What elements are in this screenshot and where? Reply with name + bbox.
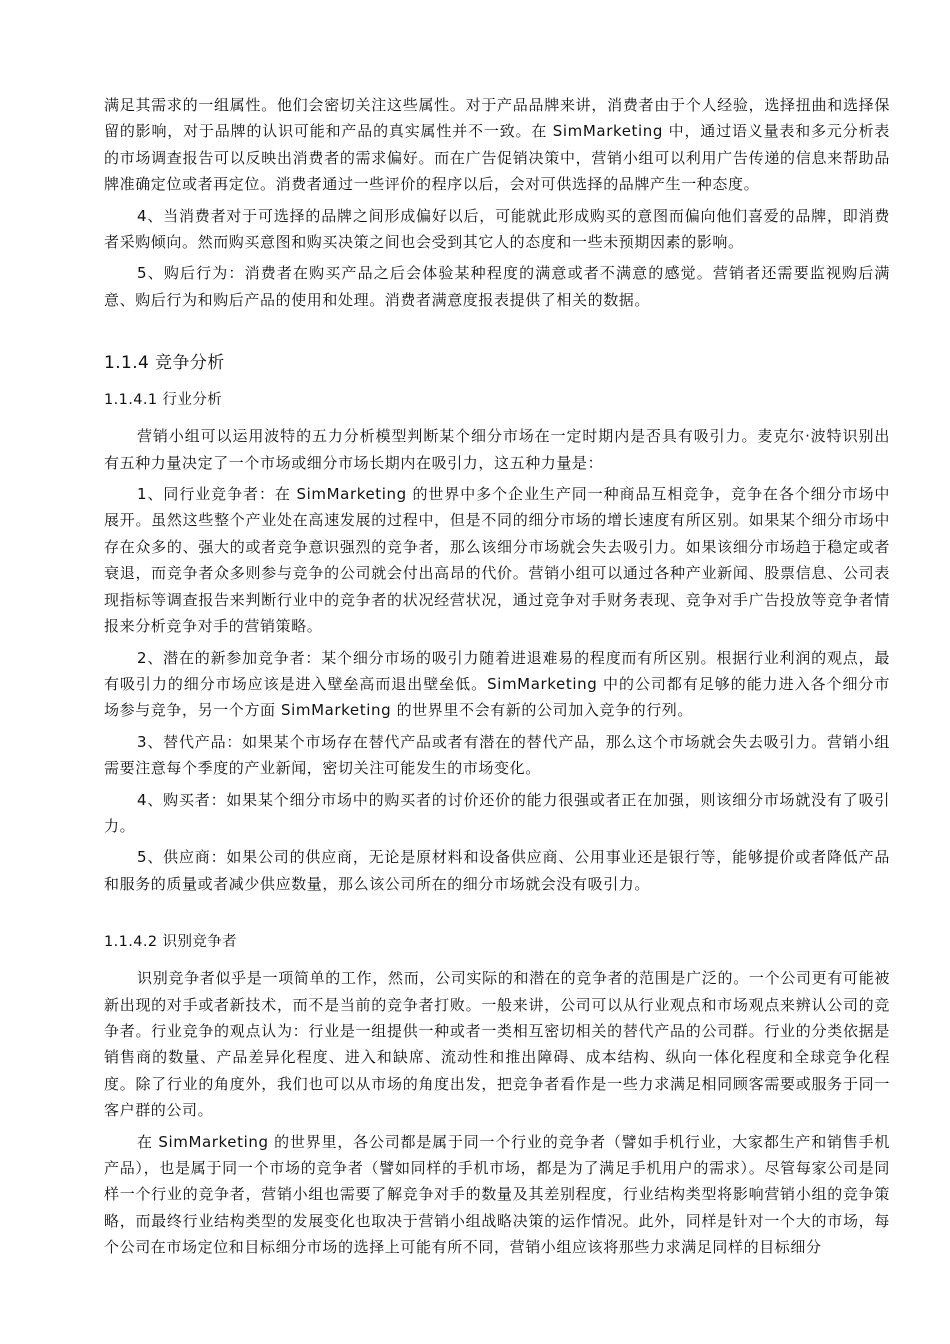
paragraph-industry-competitors: 1、同行业竞争者：在 SimMarketing 的世界中多个企业生产同一种商品互… <box>104 481 890 639</box>
subsection-heading-identify-competitors: 1.1.4.2 识别竞争者 <box>104 931 890 953</box>
section-heading-competition-analysis: 1.1.4 竞争分析 <box>104 351 890 375</box>
paragraph-identify-competitors: 识别竞争者似乎是一项简单的工作，然而，公司实际的和潜在的竞争者的范围是广泛的。一… <box>104 965 890 1123</box>
paragraph-simmarketing-world: 在 SimMarketing 的世界里，各公司都是属于同一个行业的竞争者（譬如手… <box>104 1129 890 1261</box>
paragraph-post-purchase: 5、购后行为：消费者在购买产品之后会体验某种程度的满意或者不满意的感觉。营销者还… <box>104 260 890 313</box>
paragraph-continued: 满足其需求的一组属性。他们会密切关注这些属性。对于产品品牌来讲，消费者由于个人经… <box>104 92 890 198</box>
paragraph-potential-entrants: 2、潜在的新参加竞争者：某个细分市场的吸引力随着进退难易的程度而有所区别。根据行… <box>104 645 890 724</box>
document-page: 满足其需求的一组属性。他们会密切关注这些属性。对于产品品牌来讲，消费者由于个人经… <box>104 92 890 1266</box>
paragraph-buyers: 4、购买者：如果某个细分市场中的购买者的讨价还价的能力很强或者正在加强，则该细分… <box>104 787 890 840</box>
paragraph-five-forces-intro: 营销小组可以运用波特的五力分析模型判断某个细分市场在一定时期内是否具有吸引力。麦… <box>104 423 890 476</box>
paragraph-substitutes: 3、替代产品：如果某个市场存在替代产品或者有潜在的替代产品，那么这个市场就会失去… <box>104 729 890 782</box>
paragraph-suppliers: 5、供应商：如果公司的供应商，无论是原材料和设备供应商、公用事业还是银行等，能够… <box>104 844 890 897</box>
subsection-heading-industry-analysis: 1.1.4.1 行业分析 <box>104 389 890 411</box>
paragraph-purchase-intent: 4、当消费者对于可选择的品牌之间形成偏好以后，可能就此形成购买的意图而偏向他们喜… <box>104 203 890 256</box>
